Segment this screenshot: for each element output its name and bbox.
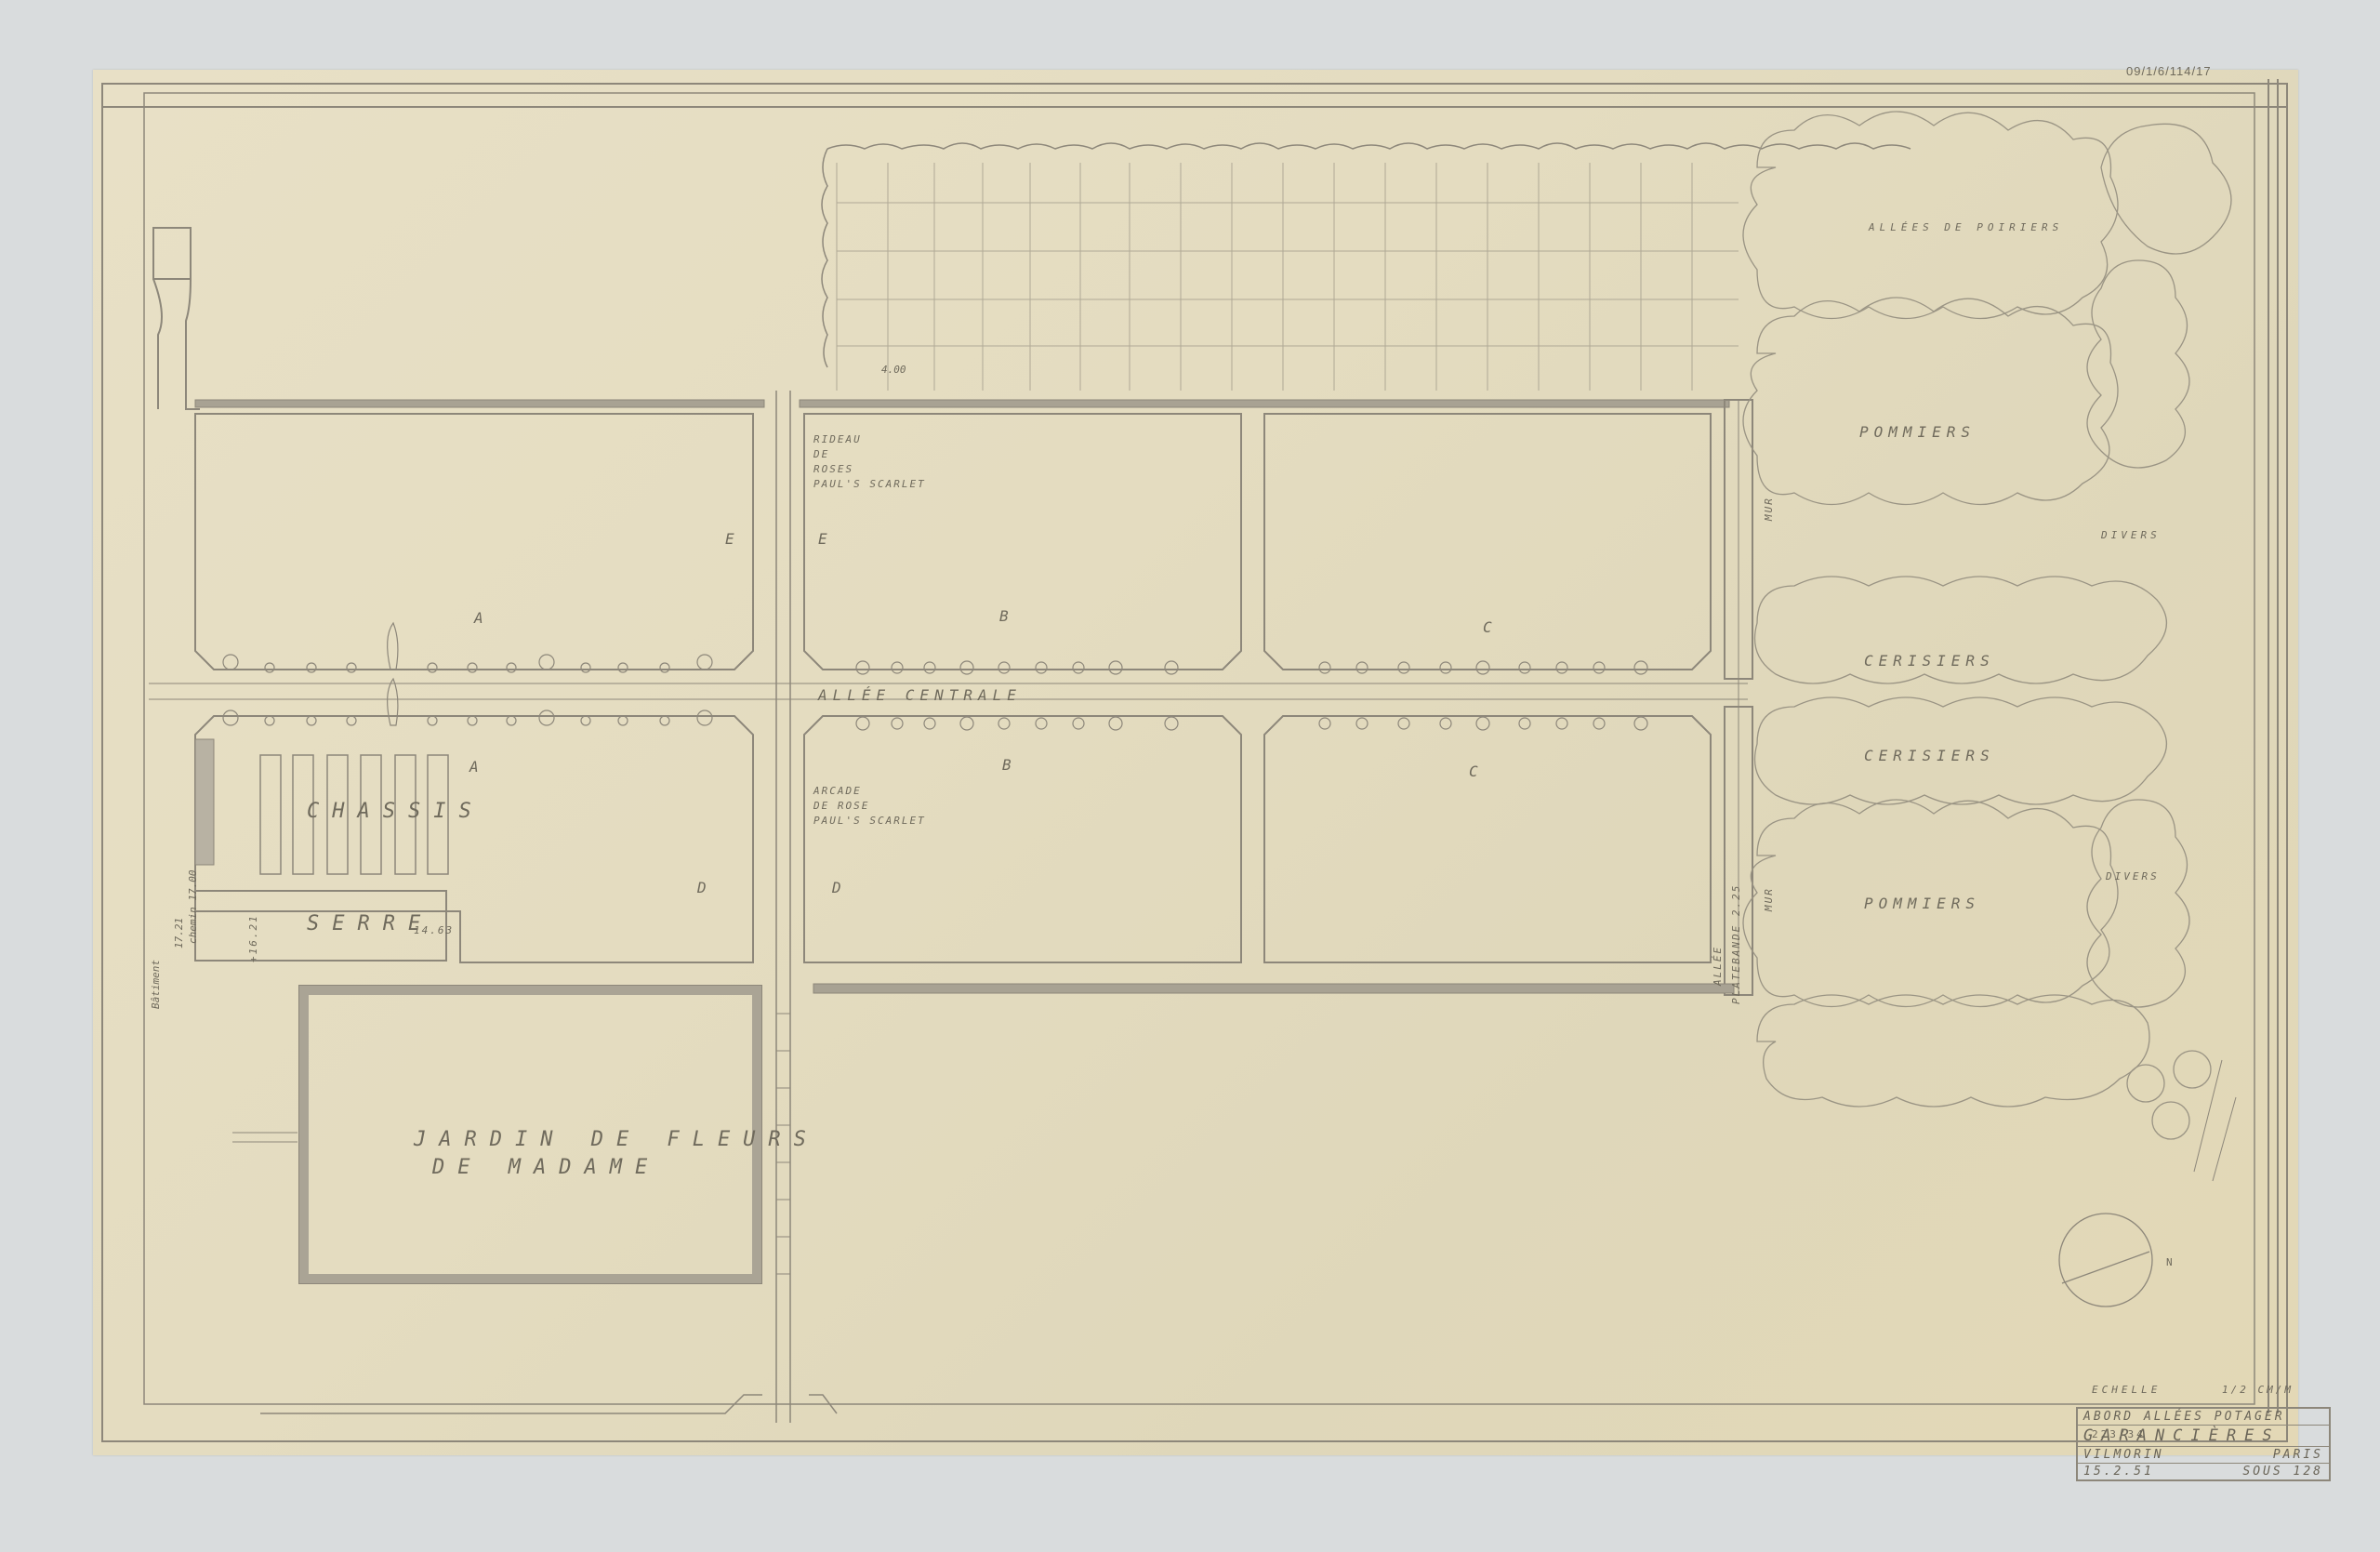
title-row-1: ABORD ALLÉES POTAGER <box>2078 1409 2329 1426</box>
label-jardin-line2: DE MADAME <box>432 1156 660 1179</box>
label-serre-height: +16.21 <box>246 914 261 962</box>
rose-plants-row <box>223 623 1647 730</box>
plot-c-bottom: C <box>1469 763 1484 780</box>
label-batiment: Bâtiment <box>149 960 164 1009</box>
label-platebande: PLATEBANDE 2.25 <box>1729 884 1744 1004</box>
scale-value: 1/2 CM/M <box>2222 1383 2294 1398</box>
title-row-4: 15.2.51SOUS 128 <box>2078 1464 2329 1479</box>
plot-a-bottom: A <box>469 758 484 776</box>
label-rideau-roses: RIDEAU DE ROSES PAUL'S SCARLET <box>813 432 926 492</box>
label-divers-2: DIVERS <box>2106 869 2160 884</box>
plot-d-right: D <box>832 879 847 896</box>
label-divers-1: DIVERS <box>2101 528 2161 543</box>
label-mur: MUR <box>1762 887 1777 911</box>
label-allee-centrale: ALLÉE CENTRALE <box>818 686 1022 704</box>
plot-d-left: D <box>697 879 712 896</box>
label-allees-poiriers: ALLÉES DE POIRIERS <box>1869 220 2063 235</box>
drawing-sheet: 09/1/6/114/17 ALLÉES DE POIRIERS POMMIER… <box>93 70 2298 1455</box>
label-pommiers-2: POMMIERS <box>1864 895 1980 912</box>
label-mur-2: MUR <box>1762 497 1777 521</box>
label-cerisiers-2: CERISIERS <box>1864 747 1995 764</box>
north-indicator: N <box>2166 1255 2175 1270</box>
label-dim-chemin: chemin 17.00 <box>186 870 201 944</box>
title-row-3: VILMORINPARIS <box>2078 1447 2329 1464</box>
label-jardin-line1: JARDIN DE FLEURS <box>414 1128 819 1151</box>
label-allee-side: ALLÉE <box>1711 946 1725 986</box>
label-arcade-roses: ARCADE DE ROSE PAUL'S SCARLET <box>813 784 926 829</box>
archive-reference: 09/1/6/114/17 <box>2126 64 2212 79</box>
stamp-bottom: 223/34 <box>2092 1427 2146 1442</box>
plot-e-left: E <box>725 530 740 548</box>
label-chassis: CHASSIS <box>307 800 484 823</box>
label-cerisiers-1: CERISIERS <box>1864 652 1995 670</box>
label-grid-dimension: 4.00 <box>881 363 906 378</box>
label-serre-dimension: 14.63 <box>414 923 454 938</box>
plot-c-top: C <box>1483 618 1498 636</box>
scale-label: ECHELLE <box>2092 1383 2161 1398</box>
plot-e-right: E <box>818 530 833 548</box>
plot-b-top: B <box>999 607 1014 625</box>
label-dim-1721: 17.21 <box>172 918 187 948</box>
label-pommiers-1: POMMIERS <box>1859 423 1976 441</box>
title-block: ABORD ALLÉES POTAGER GARANCIÈRES VILMORI… <box>2076 1407 2331 1481</box>
orchard-trees <box>1743 112 2231 1139</box>
plot-b-bottom: B <box>1002 756 1017 774</box>
plot-a-top: A <box>474 609 489 627</box>
